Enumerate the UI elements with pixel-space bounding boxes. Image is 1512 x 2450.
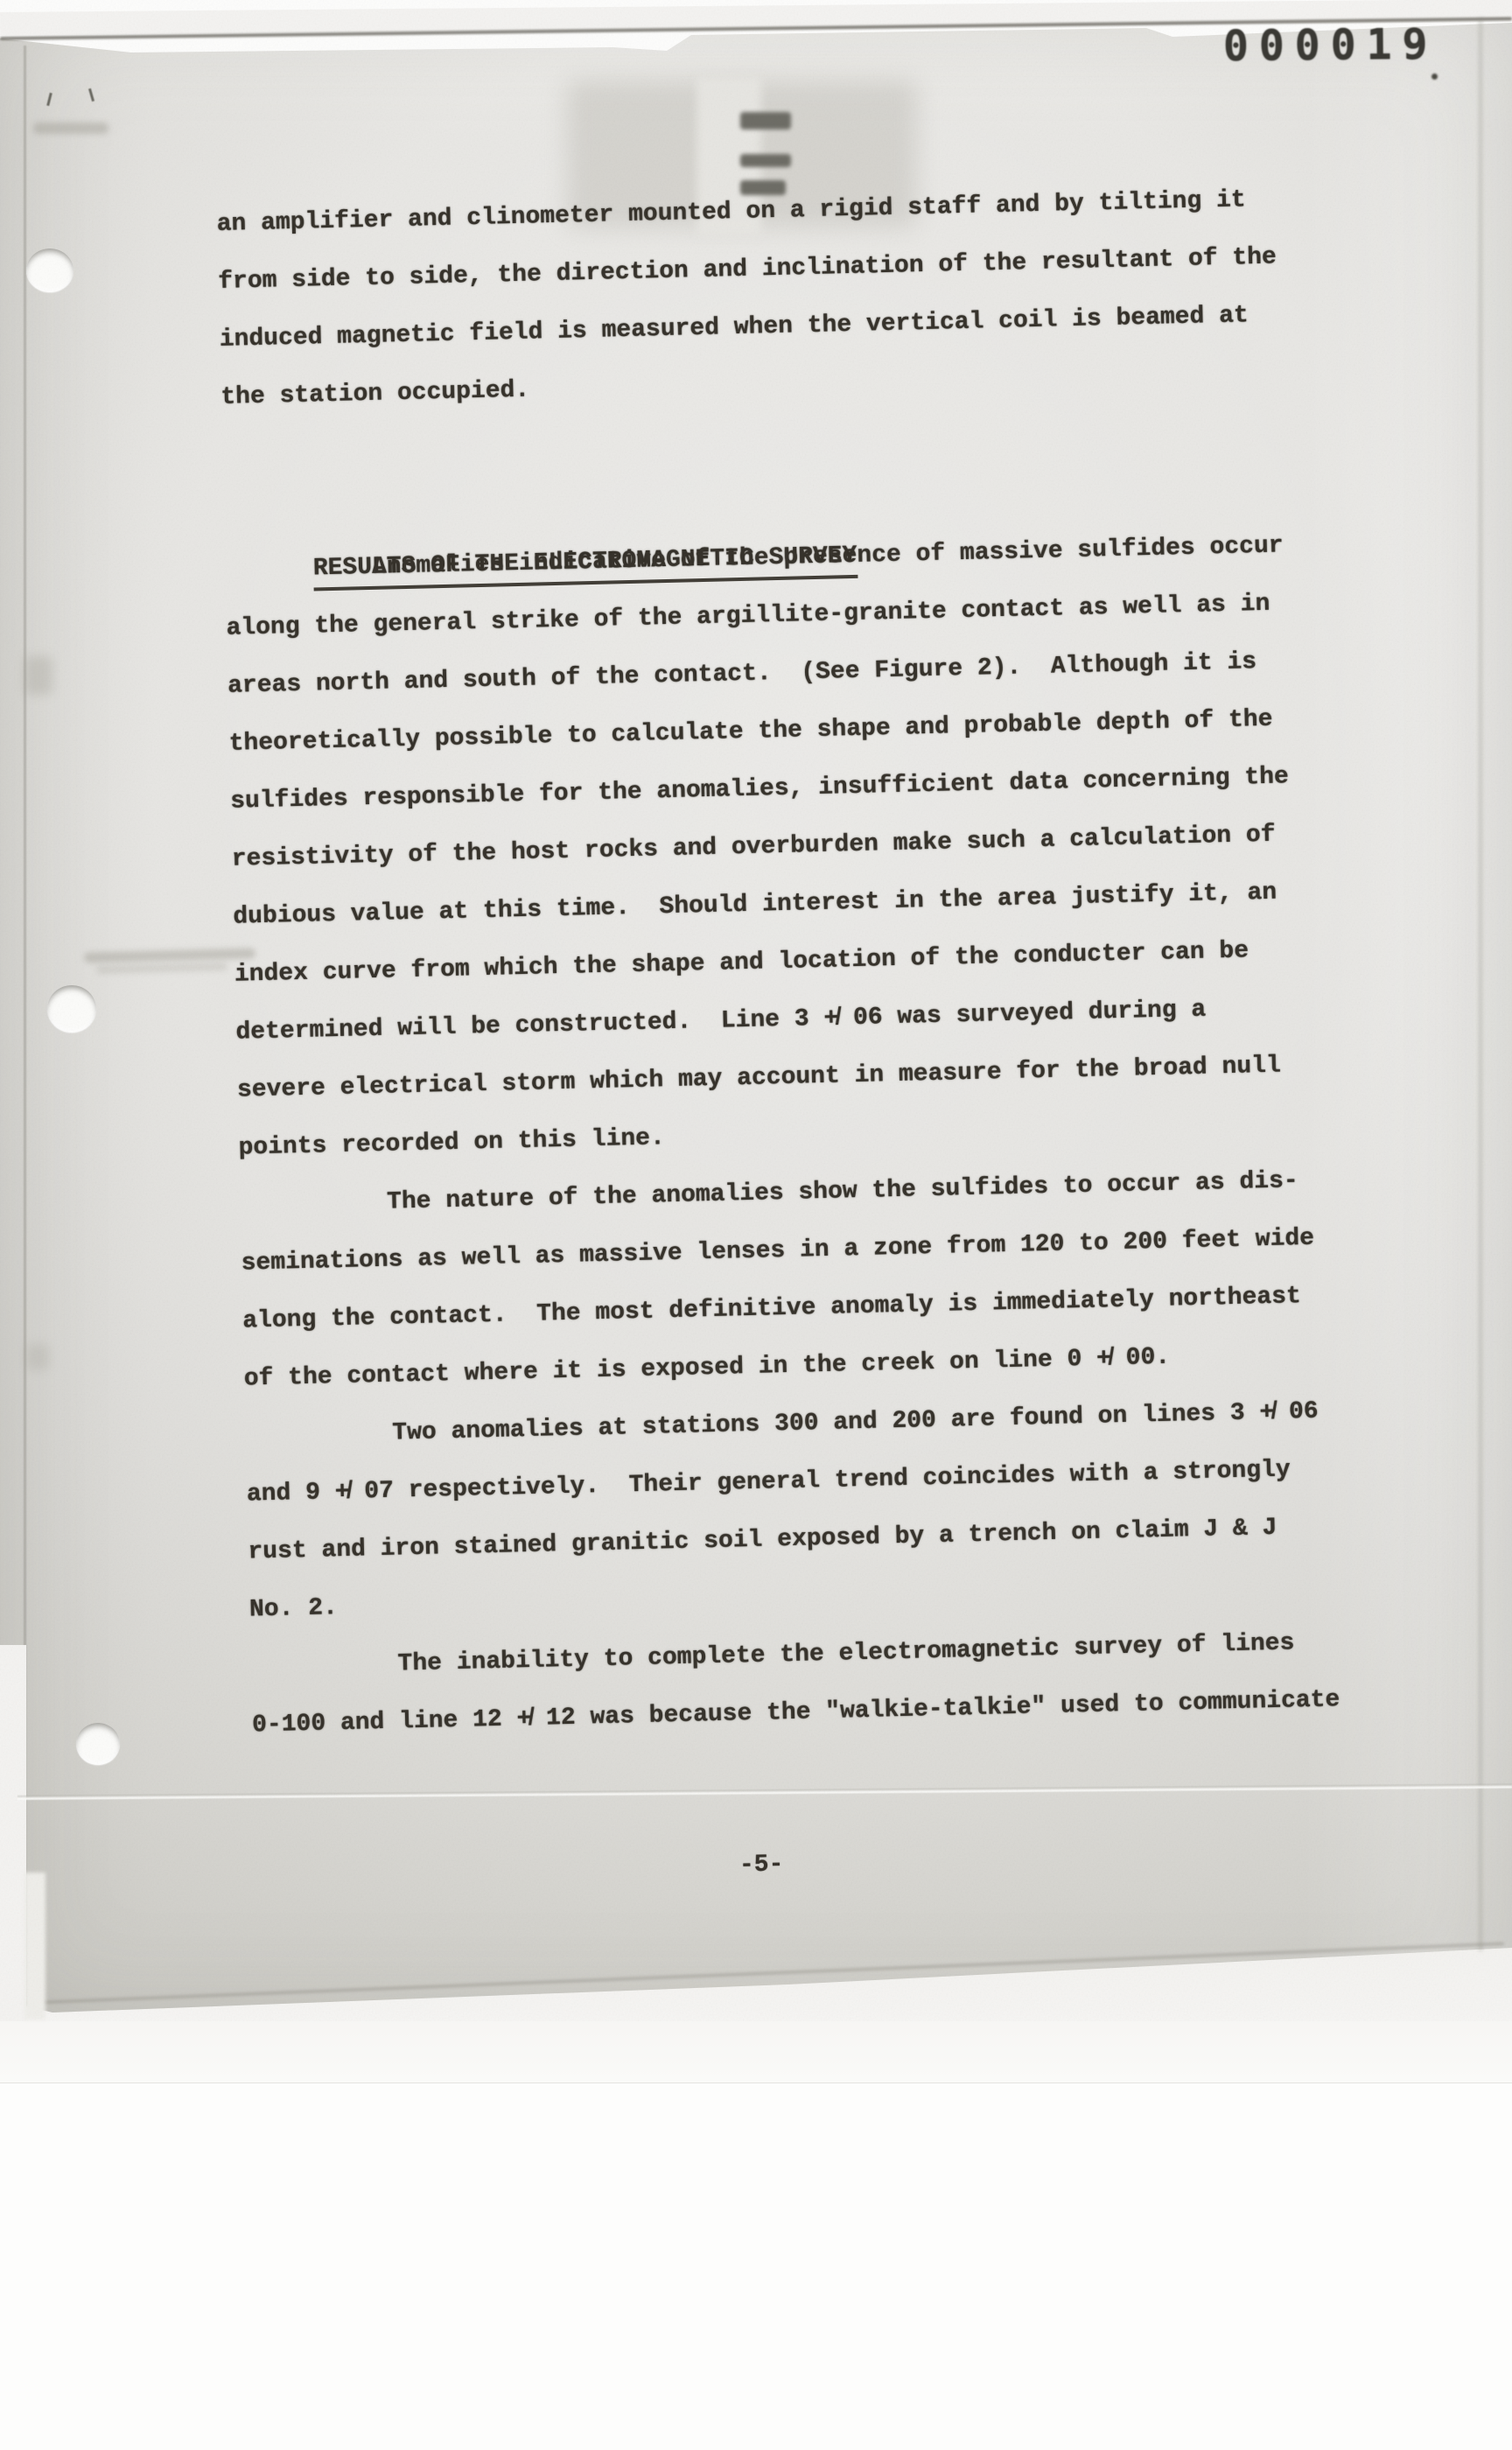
page-number: -5- xyxy=(739,1847,784,1883)
punch-hole xyxy=(76,1723,120,1765)
punch-hole xyxy=(47,985,96,1032)
stain-dark-bar xyxy=(740,112,791,129)
paper-right-edge xyxy=(1479,17,1482,1951)
page-stamp-number: 000019 xyxy=(1223,20,1438,72)
scanned-page: 000019 an amplifier and clinometer mount… xyxy=(0,0,1512,2450)
paper-left-gap xyxy=(0,1645,26,2021)
typed-text-block: an amplifier and clinometer mounted on a… xyxy=(216,170,1373,1755)
stain-dark-bar xyxy=(740,154,791,167)
stamp-dot xyxy=(1431,73,1438,80)
punch-hole xyxy=(26,248,73,292)
faint-edge-smudge xyxy=(26,1344,49,1370)
paper-left-notch xyxy=(24,1872,45,2019)
intro-paragraph: an amplifier and clinometer mounted on a… xyxy=(216,170,1341,427)
faint-smudge xyxy=(33,122,108,134)
body-paragraphs: Anomalies indicative of the presence of … xyxy=(224,516,1372,1755)
faint-edge-smudge xyxy=(24,656,52,695)
